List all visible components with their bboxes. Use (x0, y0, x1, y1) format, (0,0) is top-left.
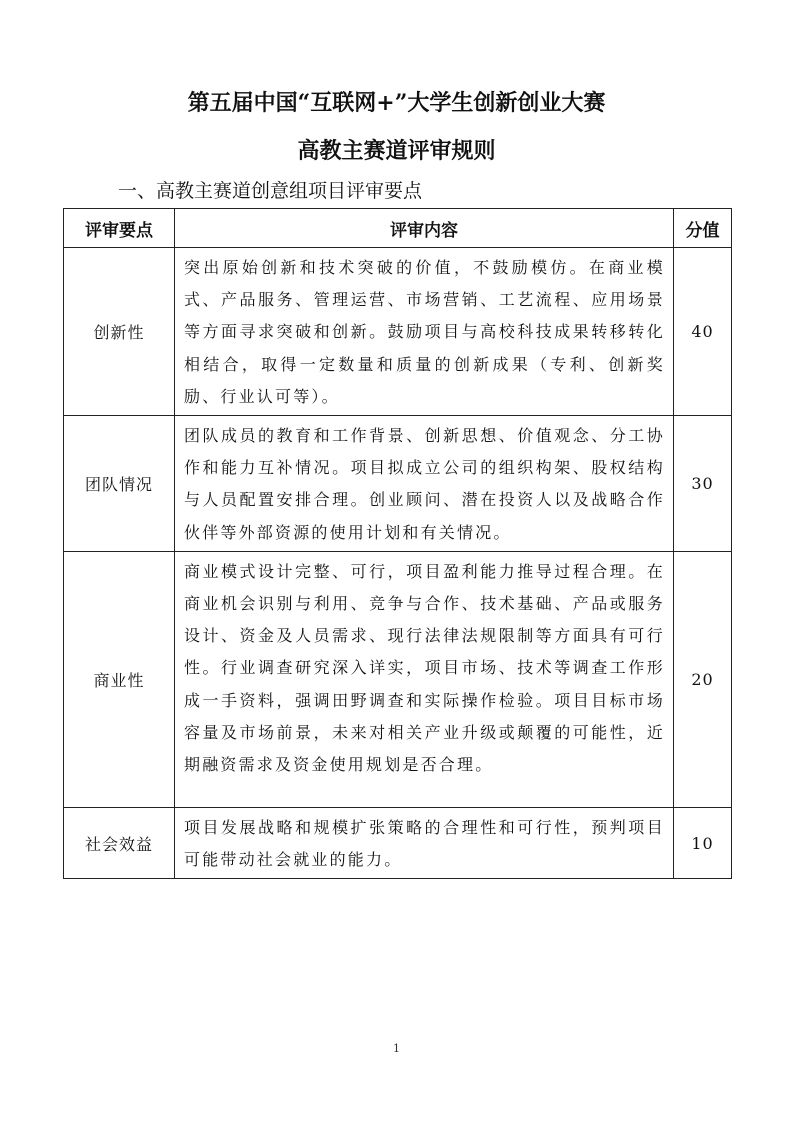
criterion-cell: 商业性 (64, 551, 175, 807)
score-cell: 40 (674, 248, 732, 416)
table-row: 创新性 突出原始创新和技术突破的价值，不鼓励模仿。在商业模式、产品服务、管理运营… (64, 248, 732, 416)
criteria-table: 评审要点 评审内容 分值 创新性 突出原始创新和技术突破的价值，不鼓励模仿。在商… (63, 208, 732, 879)
page-number: 1 (0, 1042, 793, 1055)
criterion-cell: 创新性 (64, 248, 175, 416)
score-cell: 30 (674, 416, 732, 552)
section-heading: 一、高教主赛道创意组项目评审要点 (118, 176, 422, 203)
table-row: 社会效益 项目发展战略和规模扩张策略的合理性和可行性，预判项目可能带动社会就业的… (64, 807, 732, 878)
document-subtitle: 高教主赛道评审规则 (0, 134, 793, 165)
content-cell: 项目发展战略和规模扩张策略的合理性和可行性，预判项目可能带动社会就业的能力。 (175, 807, 674, 878)
content-cell: 突出原始创新和技术突破的价值，不鼓励模仿。在商业模式、产品服务、管理运营、市场营… (175, 248, 674, 416)
criterion-cell: 社会效益 (64, 807, 175, 878)
score-cell: 20 (674, 551, 732, 807)
score-cell: 10 (674, 807, 732, 878)
table-row: 商业性 商业模式设计完整、可行，项目盈利能力推导过程合理。在商业机会识别与利用、… (64, 551, 732, 807)
content-cell: 团队成员的教育和工作背景、创新思想、价值观念、分工协作和能力互补情况。项目拟成立… (175, 416, 674, 552)
document-title: 第五届中国“互联网+”大学生创新创业大赛 (0, 86, 793, 117)
table-header-row: 评审要点 评审内容 分值 (64, 209, 732, 248)
criterion-cell: 团队情况 (64, 416, 175, 552)
table-row: 团队情况 团队成员的教育和工作背景、创新思想、价值观念、分工协作和能力互补情况。… (64, 416, 732, 552)
header-criterion: 评审要点 (64, 209, 175, 248)
header-content: 评审内容 (175, 209, 674, 248)
header-score: 分值 (674, 209, 732, 248)
content-cell: 商业模式设计完整、可行，项目盈利能力推导过程合理。在商业机会识别与利用、竞争与合… (175, 551, 674, 807)
